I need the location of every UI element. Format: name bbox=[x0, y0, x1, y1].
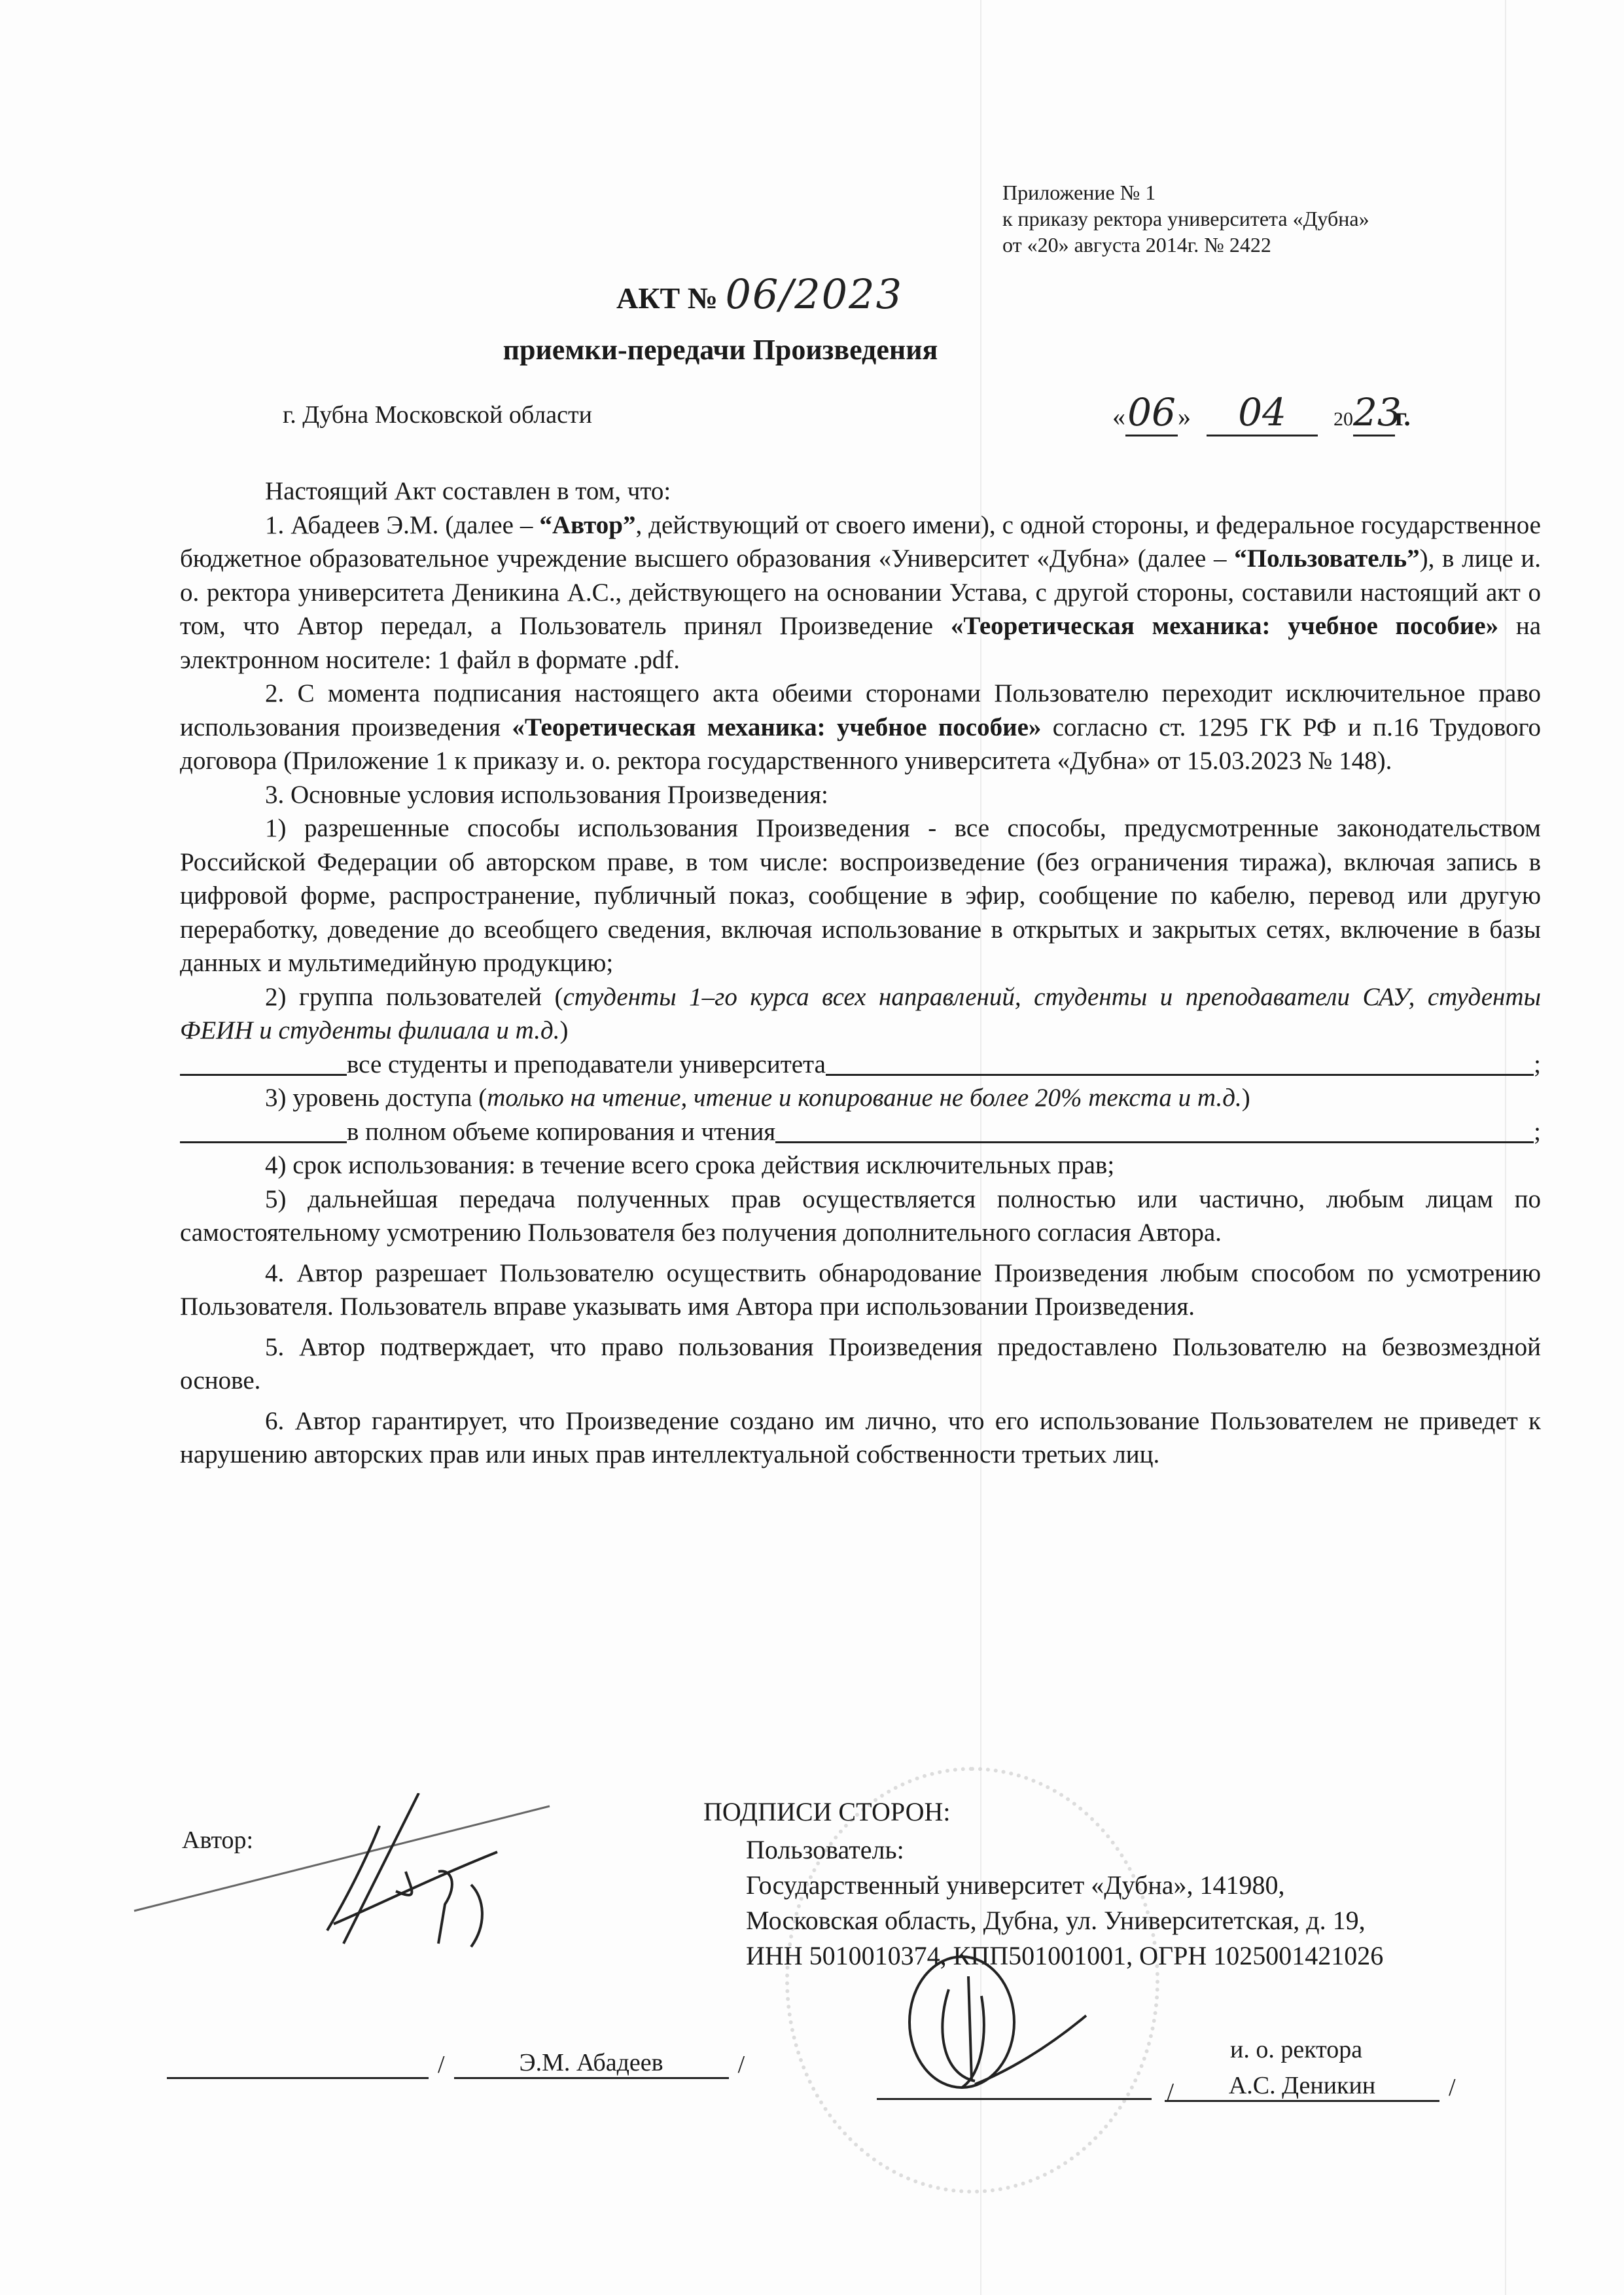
separator: / bbox=[738, 2050, 745, 2079]
appendix-line-1: Приложение № 1 bbox=[1002, 179, 1369, 205]
date-open-quote: « bbox=[1112, 402, 1125, 431]
date-year-suffix: 23 bbox=[1353, 390, 1395, 436]
author-signature-icon bbox=[131, 1793, 589, 1963]
clause-2: 2. С момента подписания настоящего акта … bbox=[180, 677, 1541, 778]
work-title: «Теоретическая механика: учебное пособие… bbox=[512, 713, 1041, 741]
signatures-title: ПОДПИСИ СТОРОН: bbox=[703, 1796, 951, 1827]
condition-3-fill-row: в полном объеме копирования и чтения ; bbox=[180, 1115, 1541, 1149]
condition-2-end: ; bbox=[1534, 1048, 1541, 1082]
clause-1: 1. Абадеев Э.М. (далее – “Автор”, действ… bbox=[180, 508, 1541, 677]
author-signature-line bbox=[167, 2077, 429, 2079]
document-subtitle: приемки-передачи Произведения bbox=[0, 330, 1532, 370]
condition-2: 2) группа пользователей (студенты 1–го к… bbox=[180, 980, 1541, 1048]
user-address: Московская область, Дубна, ул. Университ… bbox=[746, 1903, 1383, 1938]
condition-3-text: ) bbox=[1242, 1084, 1250, 1112]
clause-1-text: 1. Абадеев Э.М. (далее – bbox=[265, 511, 539, 539]
user-term: “Пользователь” bbox=[1234, 544, 1419, 573]
fill-underline bbox=[775, 1141, 1534, 1143]
condition-5: 5) дальнейшая передача полученных прав о… bbox=[180, 1183, 1541, 1250]
rector-name: А.С. Деникин bbox=[1165, 2071, 1439, 2102]
date-year-prefix: 20 bbox=[1333, 408, 1353, 430]
condition-1: 1) разрешенные способы использования Про… bbox=[180, 811, 1541, 980]
rector-signature-line bbox=[877, 2098, 1152, 2100]
clause-4: 4. Автор разрешает Пользователю осуществ… bbox=[180, 1256, 1541, 1324]
date-close-quote: » bbox=[1178, 402, 1191, 431]
act-prefix: АКТ № bbox=[616, 281, 718, 315]
condition-2-value: все студенты и преподаватели университет… bbox=[347, 1048, 826, 1082]
date-day: 06 bbox=[1125, 390, 1178, 436]
document-date: «06» 04 2023г. bbox=[1112, 390, 1411, 436]
condition-3-value: в полном объеме копирования и чтения bbox=[347, 1115, 775, 1149]
separator: / bbox=[438, 2050, 445, 2079]
author-term: “Автор” bbox=[539, 511, 635, 539]
condition-2-text: 2) группа пользователей ( bbox=[265, 983, 563, 1011]
condition-3: 3) уровень доступа (только на чтение, чт… bbox=[180, 1081, 1541, 1115]
clause-5: 5. Автор подтверждает, что право пользов… bbox=[180, 1330, 1541, 1398]
intro-paragraph: Настоящий Акт составлен в том, что: bbox=[180, 474, 1541, 508]
city: г. Дубна Московской области bbox=[283, 400, 592, 429]
condition-3-end: ; bbox=[1534, 1115, 1541, 1149]
appendix-reference: Приложение № 1 к приказу ректора универс… bbox=[1002, 179, 1369, 258]
user-label: Пользователь: bbox=[746, 1832, 1383, 1868]
rector-signature-row: / bbox=[877, 2078, 1183, 2107]
act-number-line: АКТ № 06/2023 bbox=[0, 275, 1572, 318]
date-month: 04 bbox=[1207, 390, 1318, 436]
rector-role: и. о. ректора bbox=[1230, 2035, 1362, 2064]
separator: / bbox=[1449, 2073, 1456, 2102]
fill-underline bbox=[180, 1141, 347, 1143]
appendix-line-2: к приказу ректора университета «Дубна» bbox=[1002, 205, 1369, 232]
document-page: Приложение № 1 к приказу ректора универс… bbox=[0, 0, 1624, 2295]
condition-3-hint: только на чтение, чтение и копирование н… bbox=[487, 1084, 1242, 1112]
act-body: Настоящий Акт составлен в том, что: 1. А… bbox=[180, 474, 1541, 1472]
author-signature-row: / Э.М. Абадеев / bbox=[167, 2048, 745, 2079]
clause-6: 6. Автор гарантирует, что Произведение с… bbox=[180, 1404, 1541, 1472]
condition-3-text: 3) уровень доступа ( bbox=[265, 1084, 487, 1112]
condition-4: 4) срок использования: в течение всего с… bbox=[180, 1148, 1541, 1183]
fill-underline bbox=[180, 1074, 347, 1076]
condition-2-fill-row: все студенты и преподаватели университет… bbox=[180, 1048, 1541, 1082]
author-name: Э.М. Абадеев bbox=[454, 2048, 729, 2079]
fill-underline bbox=[826, 1074, 1534, 1076]
user-org: Государственный университет «Дубна», 141… bbox=[746, 1868, 1383, 1903]
appendix-line-3: от «20» августа 2014г. № 2422 bbox=[1002, 232, 1369, 258]
clause-3-heading: 3. Основные условия использования Произв… bbox=[180, 778, 1541, 812]
document-title: АКТ № 06/2023 приемки-передачи Произведе… bbox=[0, 275, 1624, 370]
condition-2-text: ) bbox=[559, 1016, 568, 1044]
act-number-handwritten: 06/2023 bbox=[725, 270, 903, 318]
work-title: «Теоретическая механика: учебное пособие… bbox=[951, 612, 1498, 640]
rector-name-row: А.С. Деникин / bbox=[1165, 2071, 1456, 2102]
date-year-end: г. bbox=[1395, 402, 1411, 431]
